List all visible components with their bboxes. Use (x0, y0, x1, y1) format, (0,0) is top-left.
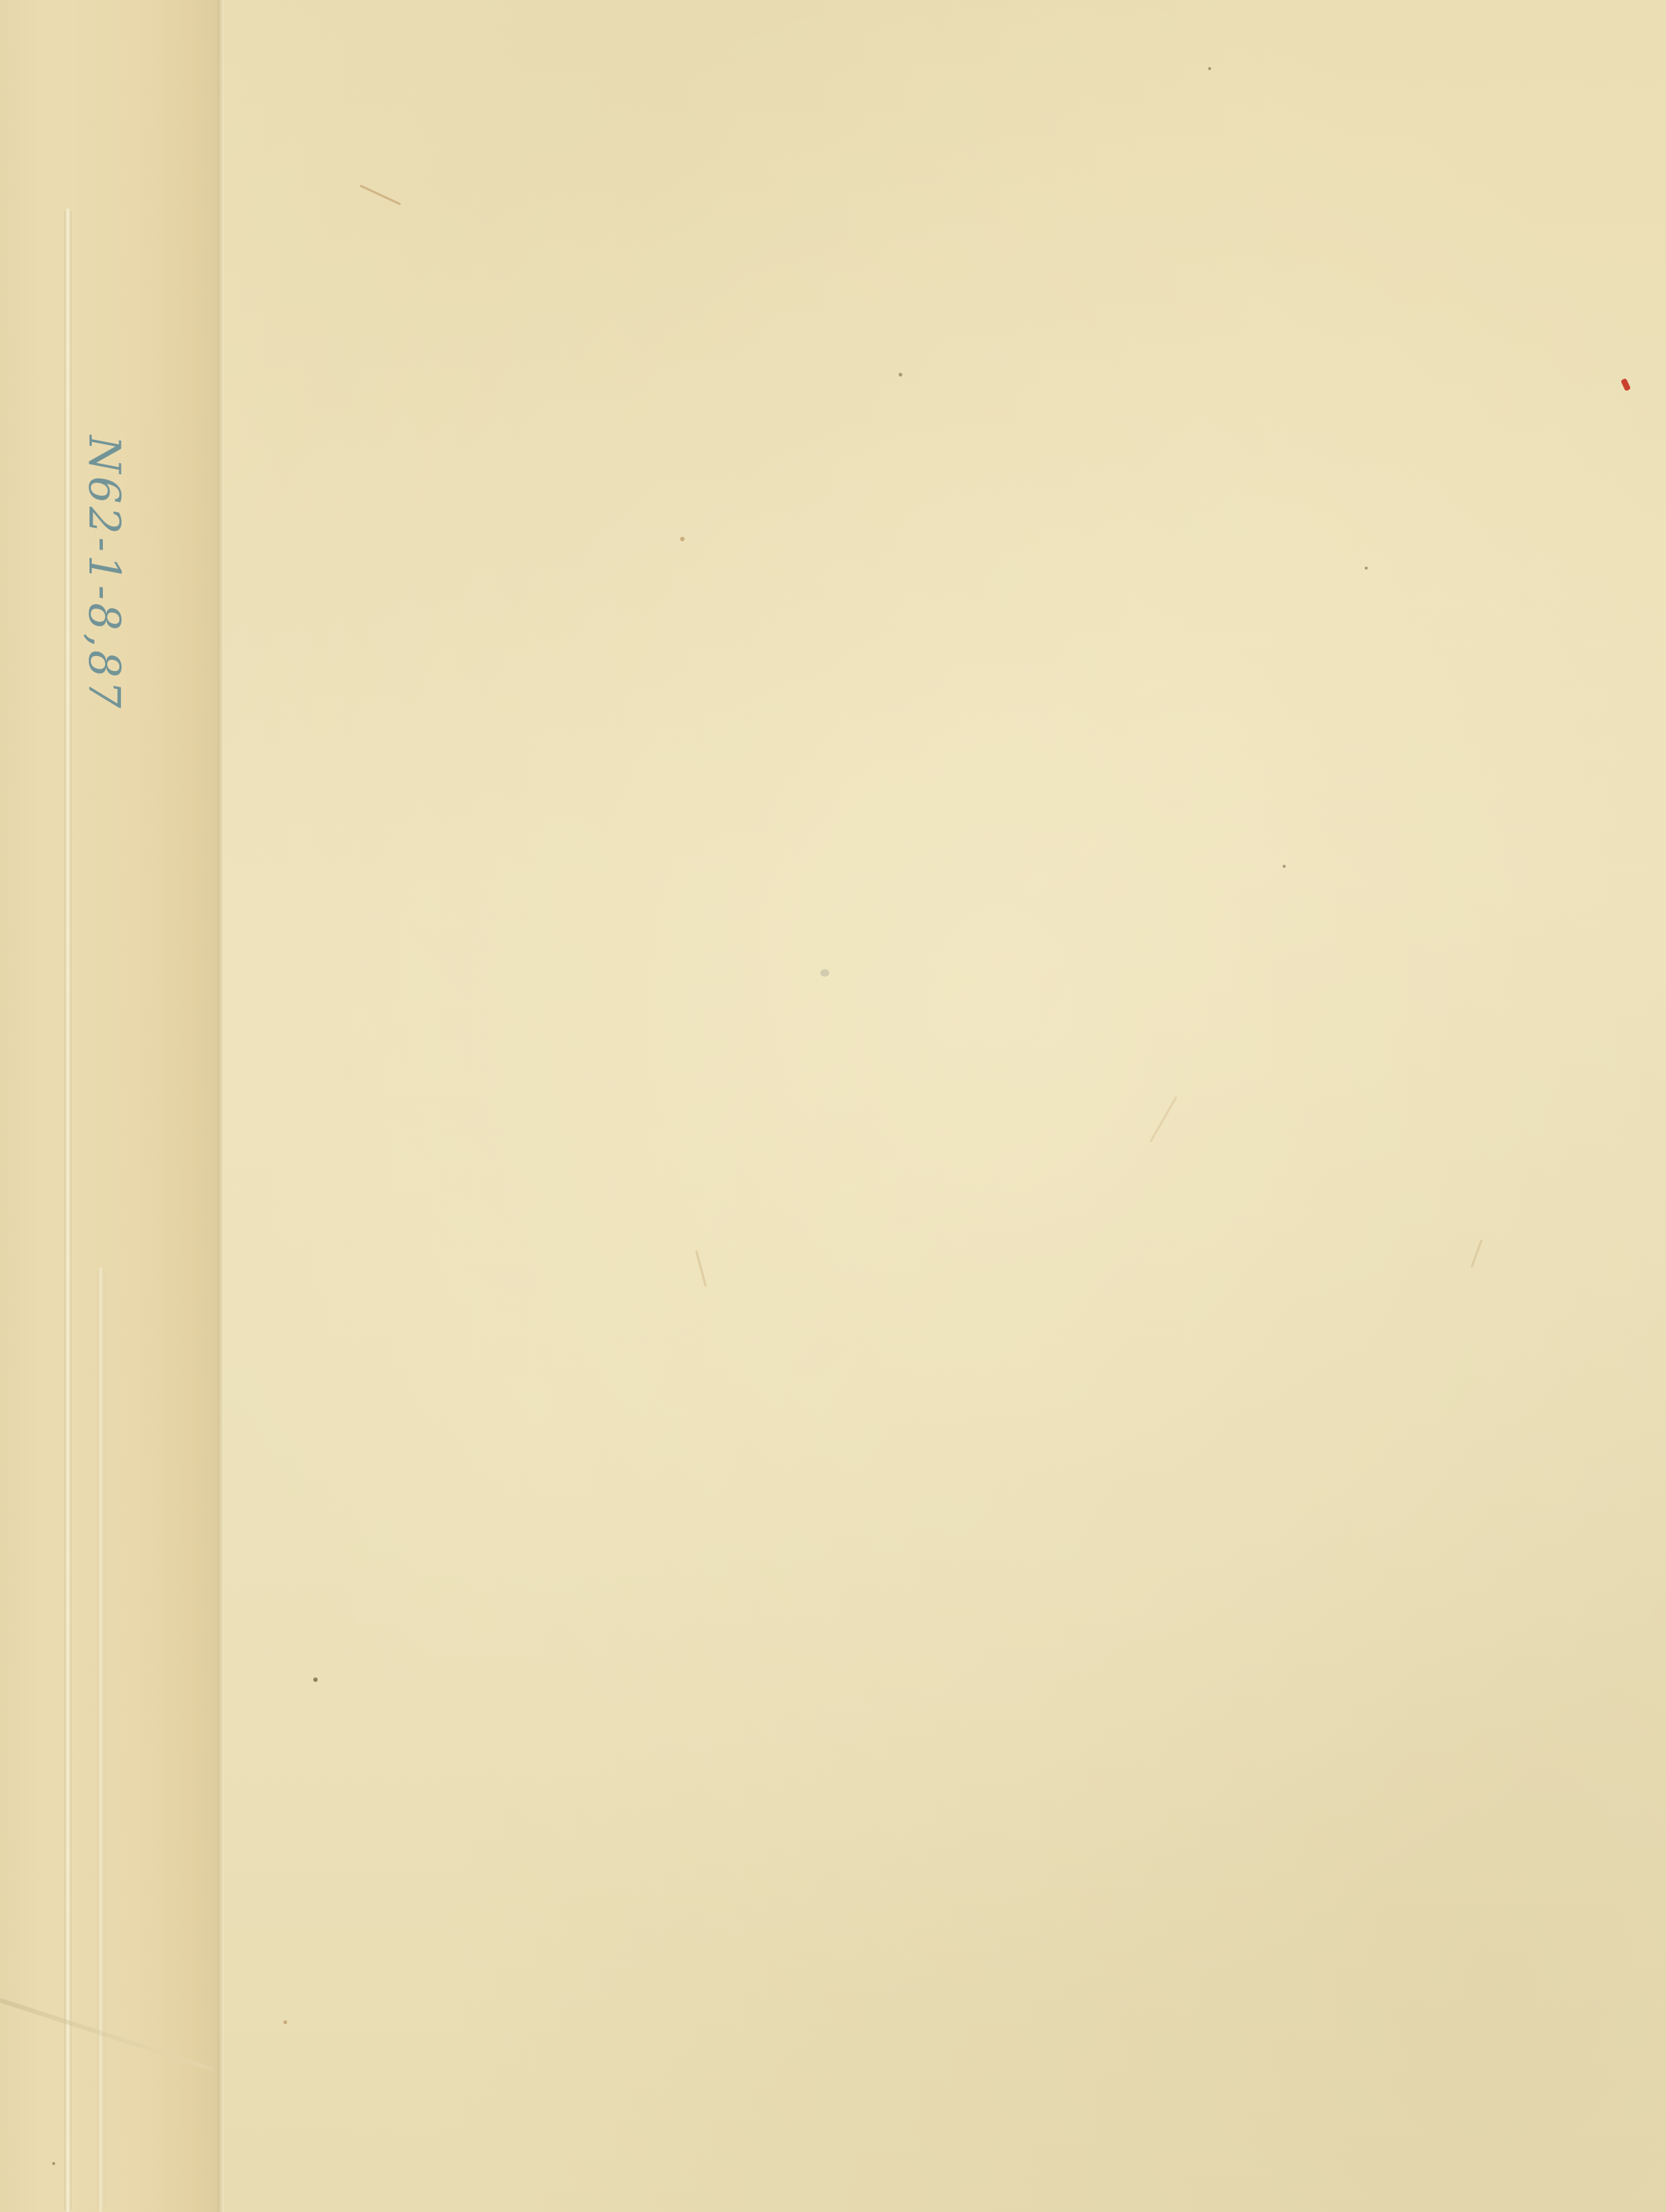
paper-speck (313, 1677, 318, 1682)
paper-speck (1365, 567, 1368, 570)
red-fiber-fleck (1621, 378, 1631, 391)
paper-speck (820, 969, 829, 977)
fold-crease (97, 1267, 104, 2212)
paper-speck (1283, 865, 1286, 868)
paper-speck (283, 2020, 287, 2024)
paper-fiber (695, 1250, 707, 1287)
paper-speck (1208, 67, 1211, 70)
paper-speck (899, 373, 902, 376)
paper-speck (52, 2162, 55, 2165)
pencil-shelf-mark: N62-1-8,87 (79, 435, 130, 599)
paper-fiber (1149, 1096, 1178, 1142)
paper-speck (680, 537, 685, 541)
fold-crease (64, 209, 72, 2212)
spine-edge-line (218, 0, 224, 2212)
paper-fiber (1471, 1239, 1483, 1268)
paper-fiber (359, 184, 401, 205)
paper-page: N62-1-8,87 (0, 0, 1666, 2212)
spine-strip (0, 0, 224, 2212)
